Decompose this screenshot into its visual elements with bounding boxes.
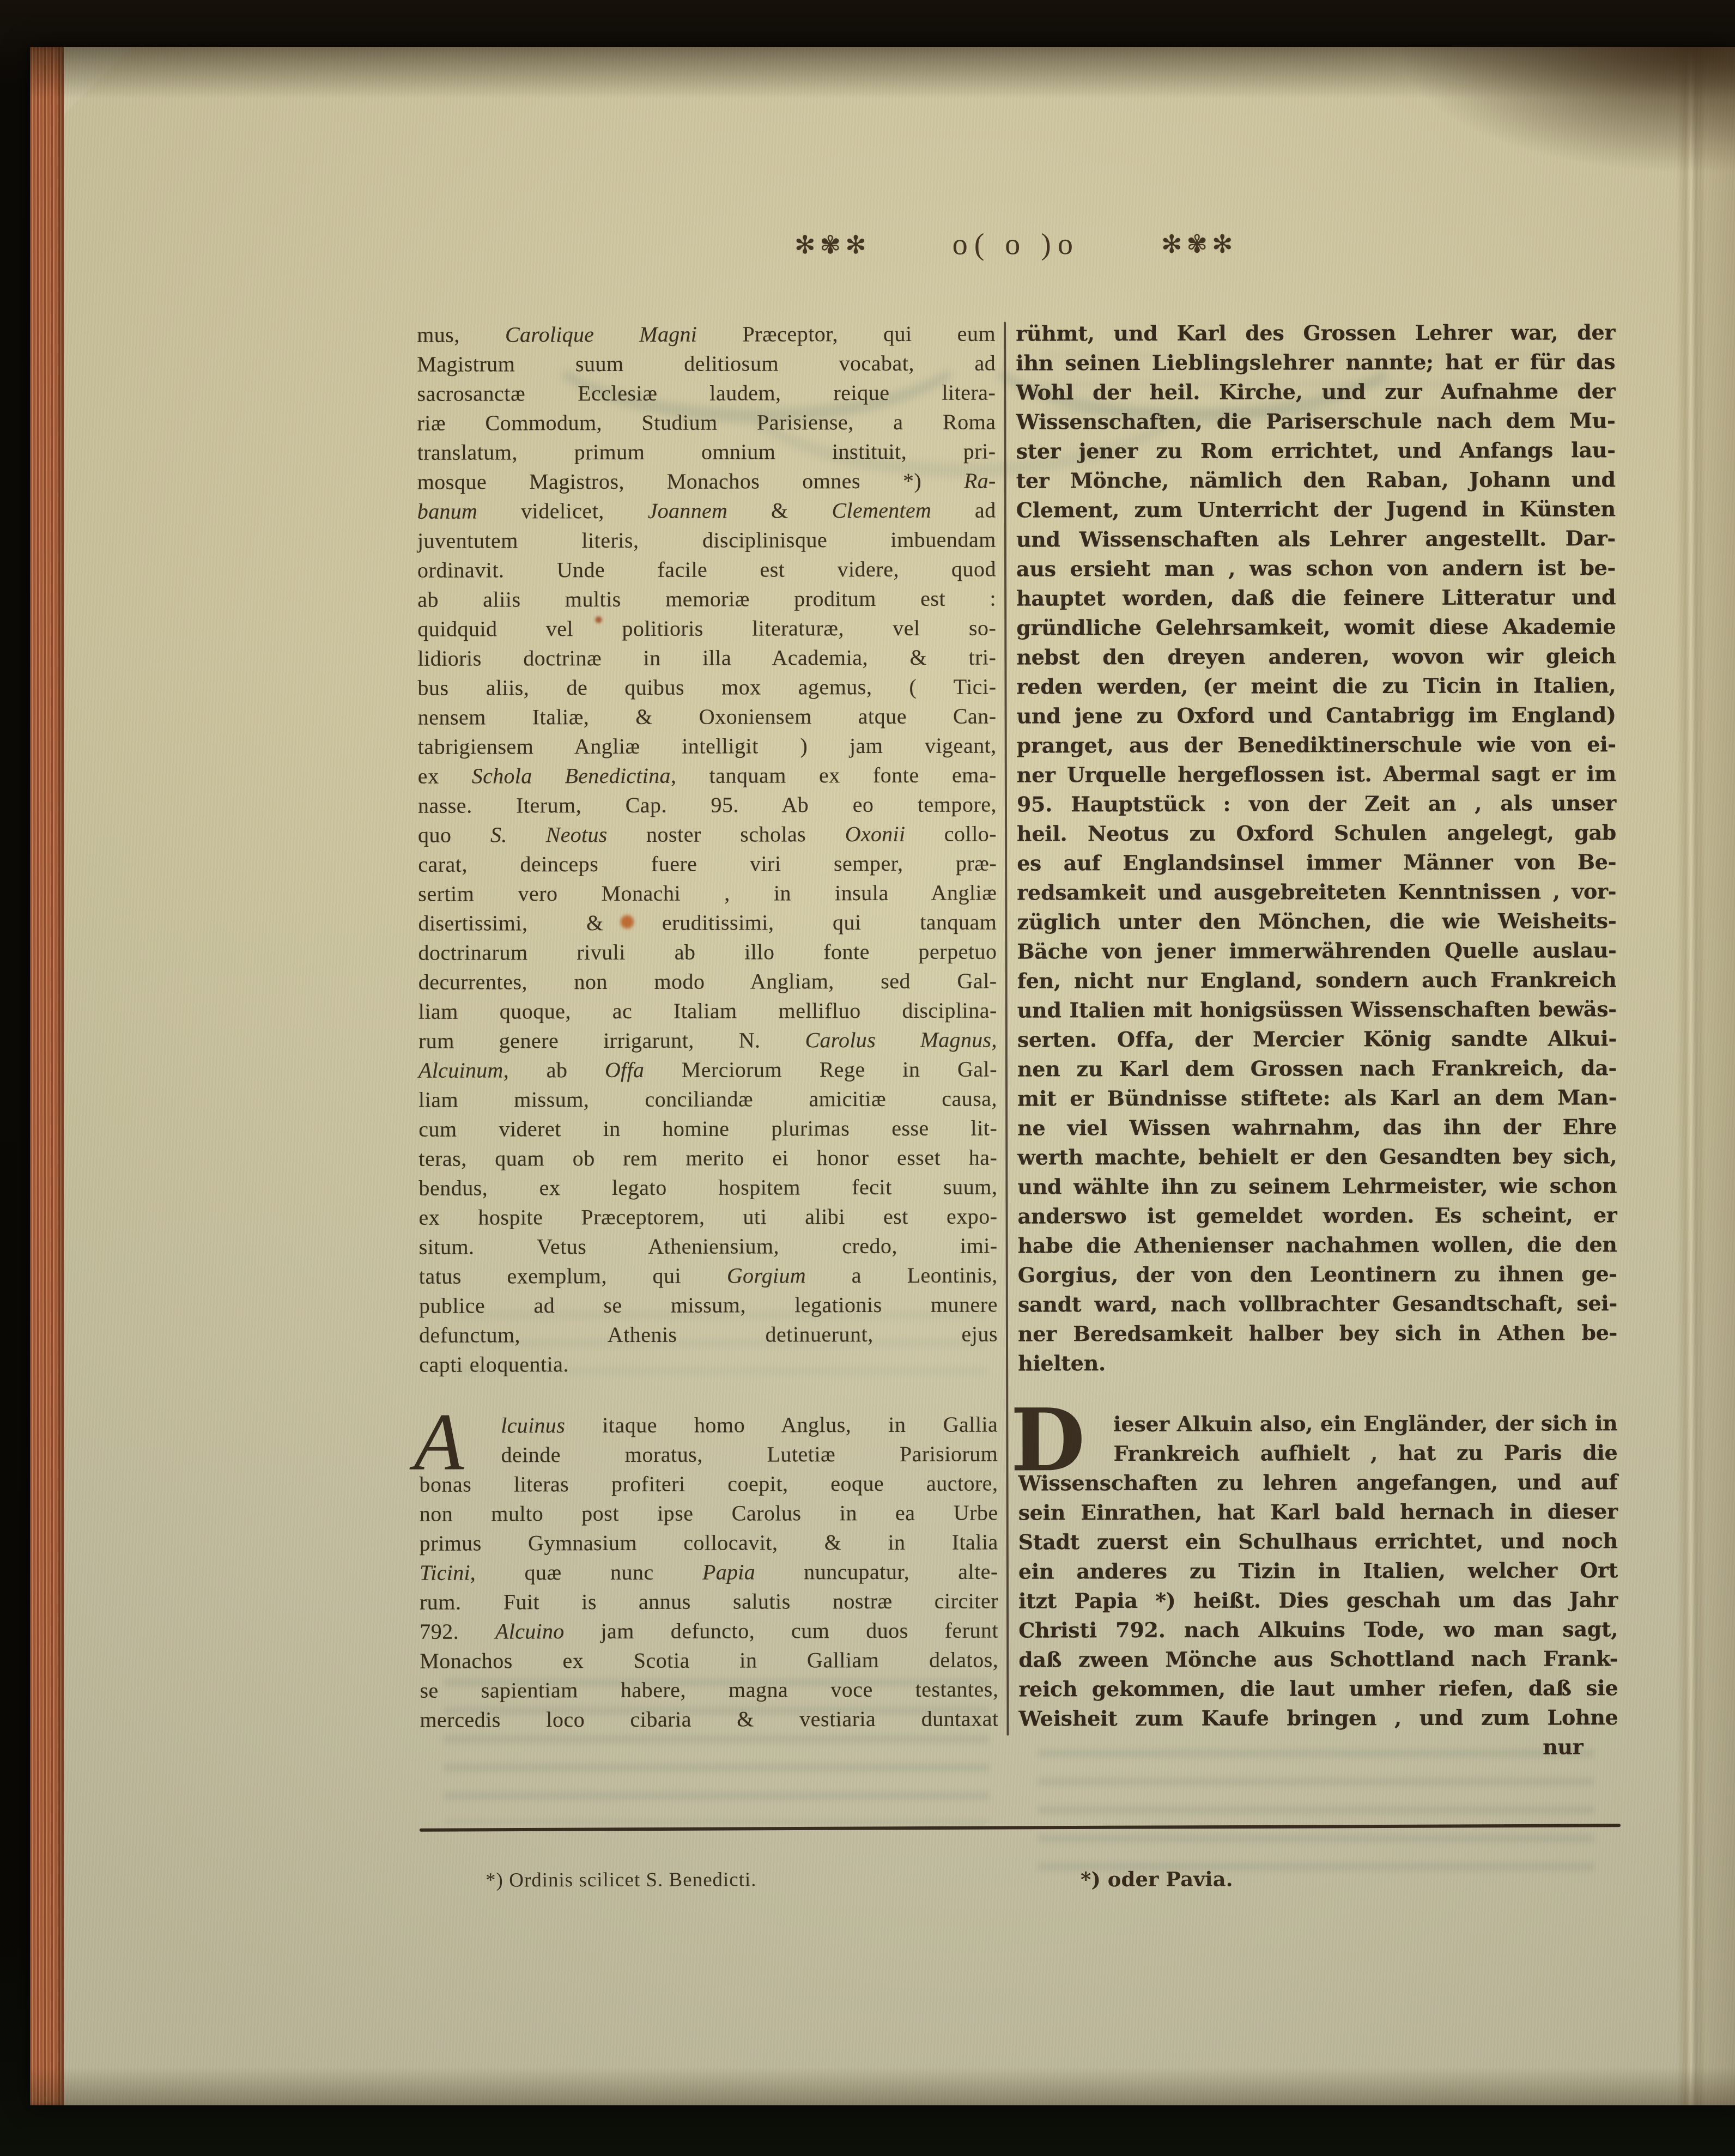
text-line: doctrinarum rivuli ab illo fonte perpetu… <box>418 937 997 968</box>
text-line: ein anderes zu Tizin in Italien, welcher… <box>1018 1556 1618 1586</box>
text-line: 95. Hauptstück : von der Zeit an , als u… <box>1017 788 1616 819</box>
text-line: reden werden, (er meint die zu Ticin in … <box>1016 671 1616 701</box>
text-line: werth machte, behielt er den Gesandten b… <box>1017 1141 1617 1172</box>
text-line: rum. Fuit is annus salutis nostræ circit… <box>420 1587 998 1617</box>
text-line: primus Gymnasium collocavit, & in Italia <box>420 1528 998 1558</box>
text-line: heil. Neotus zu Oxford Schulen angelegt,… <box>1017 818 1616 848</box>
header-ornament: ✻✾✻ o( o )o ✻✾✻ <box>417 218 1615 270</box>
text-line: sein Einrathen, hat Karl bald hernach in… <box>1018 1497 1618 1527</box>
text-line: serten. Offa, der Mercier König sandte A… <box>1017 1024 1617 1054</box>
text-line: anderswo ist gemeldet worden. Es scheint… <box>1017 1200 1617 1231</box>
text-line: itzt Papia *) heißt. Dies geschah um das… <box>1018 1585 1618 1616</box>
text-line: mus, Carolique Magni Præceptor, qui eum <box>417 319 996 350</box>
printed-area: ✻✾✻ o( o )o ✻✾✻ mus, Carolique Magni Præ… <box>28 45 1735 2108</box>
text-line: liam quoque, ac Italiam mellifluo discip… <box>418 996 997 1027</box>
text-line: mit er Bündnisse stiftete: als Karl an d… <box>1017 1083 1617 1113</box>
text-line: sertim vero Monachi , in insula Angliæ <box>418 878 997 909</box>
text-line: ex Schola Benedictina, tanquam ex fonte … <box>418 761 997 791</box>
text-line: reich gekommen, die laut umher riefen, d… <box>1018 1673 1618 1704</box>
text-line: Alcuinum, ab Offa Merciorum Rege in Gal- <box>418 1055 997 1085</box>
text-line: bendus, ex legato hospitem fecit suum, <box>418 1173 997 1203</box>
text-line: situm. Vetus Atheniensium, credo, imi- <box>419 1231 998 1262</box>
text-line: juventutem literis, disciplinisque imbue… <box>417 525 996 556</box>
text-line: teras, quam ob rem merito ei honor esset… <box>418 1143 997 1174</box>
text-line: cum videret in homine plurimas esse lit- <box>418 1114 997 1144</box>
text-line: Gorgius, der von den Leontinern zu ihnen… <box>1018 1259 1617 1290</box>
text-line: pranget, aus der Benediktinerschule wie … <box>1017 730 1616 760</box>
text-line: nasse. Iterum, Cap. 95. Ab eo tempore, <box>418 790 997 821</box>
text-line: daß zween Mönche aus Schottland nach Fra… <box>1018 1644 1618 1674</box>
gutter-shadow <box>1700 47 1735 2105</box>
text-line: züglich unter den Mönchen, die wie Weish… <box>1017 906 1616 937</box>
text-line: Wissenschaften, die Pariserschule nach d… <box>1016 406 1615 436</box>
text-line: tabrigiensem Angliæ intelligit ) jam vig… <box>418 731 997 762</box>
text-line: hielten. <box>1018 1347 1617 1378</box>
text-line: ter Mönche, nämlich den Raban, Johann un… <box>1016 465 1616 495</box>
page-surface: ✻✾✻ o( o )o ✻✾✻ mus, Carolique Magni Præ… <box>30 47 1735 2105</box>
text-line: ner Beredsamkeit halber bey sich in Athe… <box>1018 1318 1617 1349</box>
dropcap-a: A <box>414 1407 464 1478</box>
text-line: deinde moratus, Lutetiæ Parisiorum <box>419 1440 998 1470</box>
page-ornament-center: o( o )o <box>953 227 1079 262</box>
text-line: 792. Alcuino jam defuncto, cum duos feru… <box>420 1616 998 1647</box>
text-line: defunctum, Athenis detinuerunt, ejus <box>419 1320 998 1350</box>
text-line: tatus exemplum, qui Gorgium a Leontinis, <box>419 1261 998 1291</box>
footnote-german: *) oder Pavia. <box>1081 1867 1233 1892</box>
text-line: hauptet worden, daß die feinere Litterat… <box>1016 582 1616 613</box>
text-line: sacrosanctæ Ecclesiæ laudem, reique lite… <box>417 378 996 409</box>
text-line: gründliche Gelehrsamkeit, womit diese Ak… <box>1016 612 1616 642</box>
text-line: quidquid vel politioris literaturæ, vel … <box>417 614 996 644</box>
text-line: liam missum, conciliandæ amicitiæ causa, <box>418 1084 997 1115</box>
text-line: translatum, primum omnium instituit, pri… <box>417 437 996 467</box>
text-line: ner Urquelle hergeflossen ist. Abermal s… <box>1017 759 1616 789</box>
text-line: ne viel Wissen wahrnahm, das ihn der Ehr… <box>1017 1112 1617 1143</box>
latin-column: mus, Carolique Magni Præceptor, qui eumM… <box>417 319 998 1735</box>
text-line: Christi 792. nach Alkuins Tode, wo man s… <box>1018 1614 1618 1645</box>
text-line: bus aliis, de quibus mox agemus, ( Tici- <box>417 672 996 703</box>
text-line: und wählte ihn zu seinem Lehrmeister, wi… <box>1017 1171 1617 1201</box>
text-line <box>419 1378 998 1411</box>
text-line: und jene zu Oxford und Cantabrigg im Eng… <box>1017 700 1616 731</box>
text-line: es auf Englandsinsel immer Männer von Be… <box>1017 847 1616 878</box>
text-line: carat, deinceps fuere viri semper, præ- <box>418 849 997 879</box>
text-line: ieser Alkuin also, ein Engländer, der si… <box>1018 1408 1617 1439</box>
text-line: nur <box>1019 1732 1618 1763</box>
text-line: und Wissenschaften als Lehrer angestellt… <box>1016 524 1616 554</box>
text-line: redsamkeit und ausgebreiteten Kenntnisse… <box>1017 877 1616 907</box>
text-line: lcuinus itaque homo Anglus, in Gallia <box>419 1410 998 1441</box>
text-line: Frankreich aufhielt , hat zu Paris die <box>1018 1438 1617 1468</box>
text-line: mercedis loco cibaria & vestiaria duntax… <box>420 1704 998 1735</box>
text-line: bonas literas profiteri coepit, eoque au… <box>420 1469 998 1499</box>
text-line: ex hospite Præceptorem, uti alibi est ex… <box>418 1202 997 1232</box>
text-line: quo S. Neotus noster scholas Oxonii coll… <box>418 819 997 850</box>
text-line: ihn seinen Lieblingslehrer nannte; hat e… <box>1016 347 1615 378</box>
text-line: und Italien mit honigsüssen Wissenschaft… <box>1017 994 1617 1025</box>
text-line: habe die Athenienser nachahmen wollen, d… <box>1018 1230 1617 1260</box>
text-line: ab aliis multis memoriæ proditum est : <box>417 584 996 615</box>
text-line: ster jener zu Rom errichtet, und Anfangs… <box>1016 435 1616 466</box>
text-line: Bäche von jener immerwährenden Quelle au… <box>1017 936 1616 966</box>
text-line: aus ersieht man , was schon von andern i… <box>1016 553 1616 584</box>
text-line: se sapientiam habere, magna voce testant… <box>420 1675 998 1705</box>
column-divider-rule <box>1004 322 1009 1736</box>
text-line <box>1018 1377 1617 1410</box>
bottom-edge-shadow <box>30 2067 1735 2105</box>
text-line: riæ Commodum, Studium Parisiense, a Roma <box>417 408 996 438</box>
text-line: Wohl der heil. Kirche, und zur Aufnahme … <box>1016 376 1615 407</box>
text-line: Ticini, quæ nunc Papia nuncupatur, alte- <box>420 1557 998 1588</box>
text-line: fen, nicht nur England, sondern auch Fra… <box>1017 965 1617 995</box>
text-line: Weisheit zum Kaufe bringen , und zum Loh… <box>1018 1703 1618 1733</box>
scanned-book-page: ✻✾✻ o( o )o ✻✾✻ mus, Carolique Magni Præ… <box>0 0 1735 2156</box>
text-line: non multo post ipse Carolus in ea Urbe <box>420 1498 998 1529</box>
footnote-latin: *) Ordinis scilicet S. Benedicti. <box>486 1868 757 1892</box>
german-column: rühmt, und Karl des Grossen Lehrer war, … <box>1016 318 1618 1763</box>
dropcap-d: D <box>1010 1404 1085 1477</box>
text-line: disertissimi, & eruditissimi, qui tanqua… <box>418 908 997 938</box>
fleuron-right-icon: ✻✾✻ <box>1161 229 1237 259</box>
top-right-smudge <box>1386 47 1735 178</box>
fleuron-left-icon: ✻✾✻ <box>794 230 871 259</box>
text-line: rum genere irrigarunt, N. Carolus Magnus… <box>418 1025 997 1056</box>
text-line: ordinavit. Unde facile est videre, quod <box>417 555 996 585</box>
text-line: sandt ward, nach vollbrachter Gesandtsch… <box>1018 1289 1617 1319</box>
text-line: Stadt zuerst ein Schulhaus errichtet, un… <box>1018 1526 1618 1557</box>
text-line: nensem Italiæ, & Oxoniensem atque Can- <box>418 702 997 732</box>
text-line: Wissenschaften zu lehren angefangen, und… <box>1018 1467 1618 1498</box>
text-line: lidioris doctrinæ in illa Academia, & tr… <box>417 643 996 673</box>
text-line: rühmt, und Karl des Grossen Lehrer war, … <box>1016 318 1615 348</box>
text-line: nen zu Karl dem Grossen nach Frankreich,… <box>1017 1053 1617 1084</box>
text-line: publice ad se missum, legationis munere <box>419 1290 998 1321</box>
text-line: Clement, zum Unterricht der Jugend in Kü… <box>1016 494 1616 525</box>
text-line: Monachos ex Scotia in Galliam delatos, <box>420 1645 998 1676</box>
text-line: capti eloquentia. <box>419 1349 998 1380</box>
text-line: nebst den dreyen anderen, wovon wir glei… <box>1016 641 1616 672</box>
text-line: Magistrum suum delitiosum vocabat, ad <box>417 349 996 379</box>
footnote-rule <box>420 1824 1621 1831</box>
text-line: decurrentes, non modo Angliam, sed Gal- <box>418 967 997 997</box>
text-line: banum videlicet, Joannem & Clementem ad <box>417 496 996 526</box>
text-line: mosque Magistros, Monachos omnes *) Ra- <box>417 466 996 497</box>
